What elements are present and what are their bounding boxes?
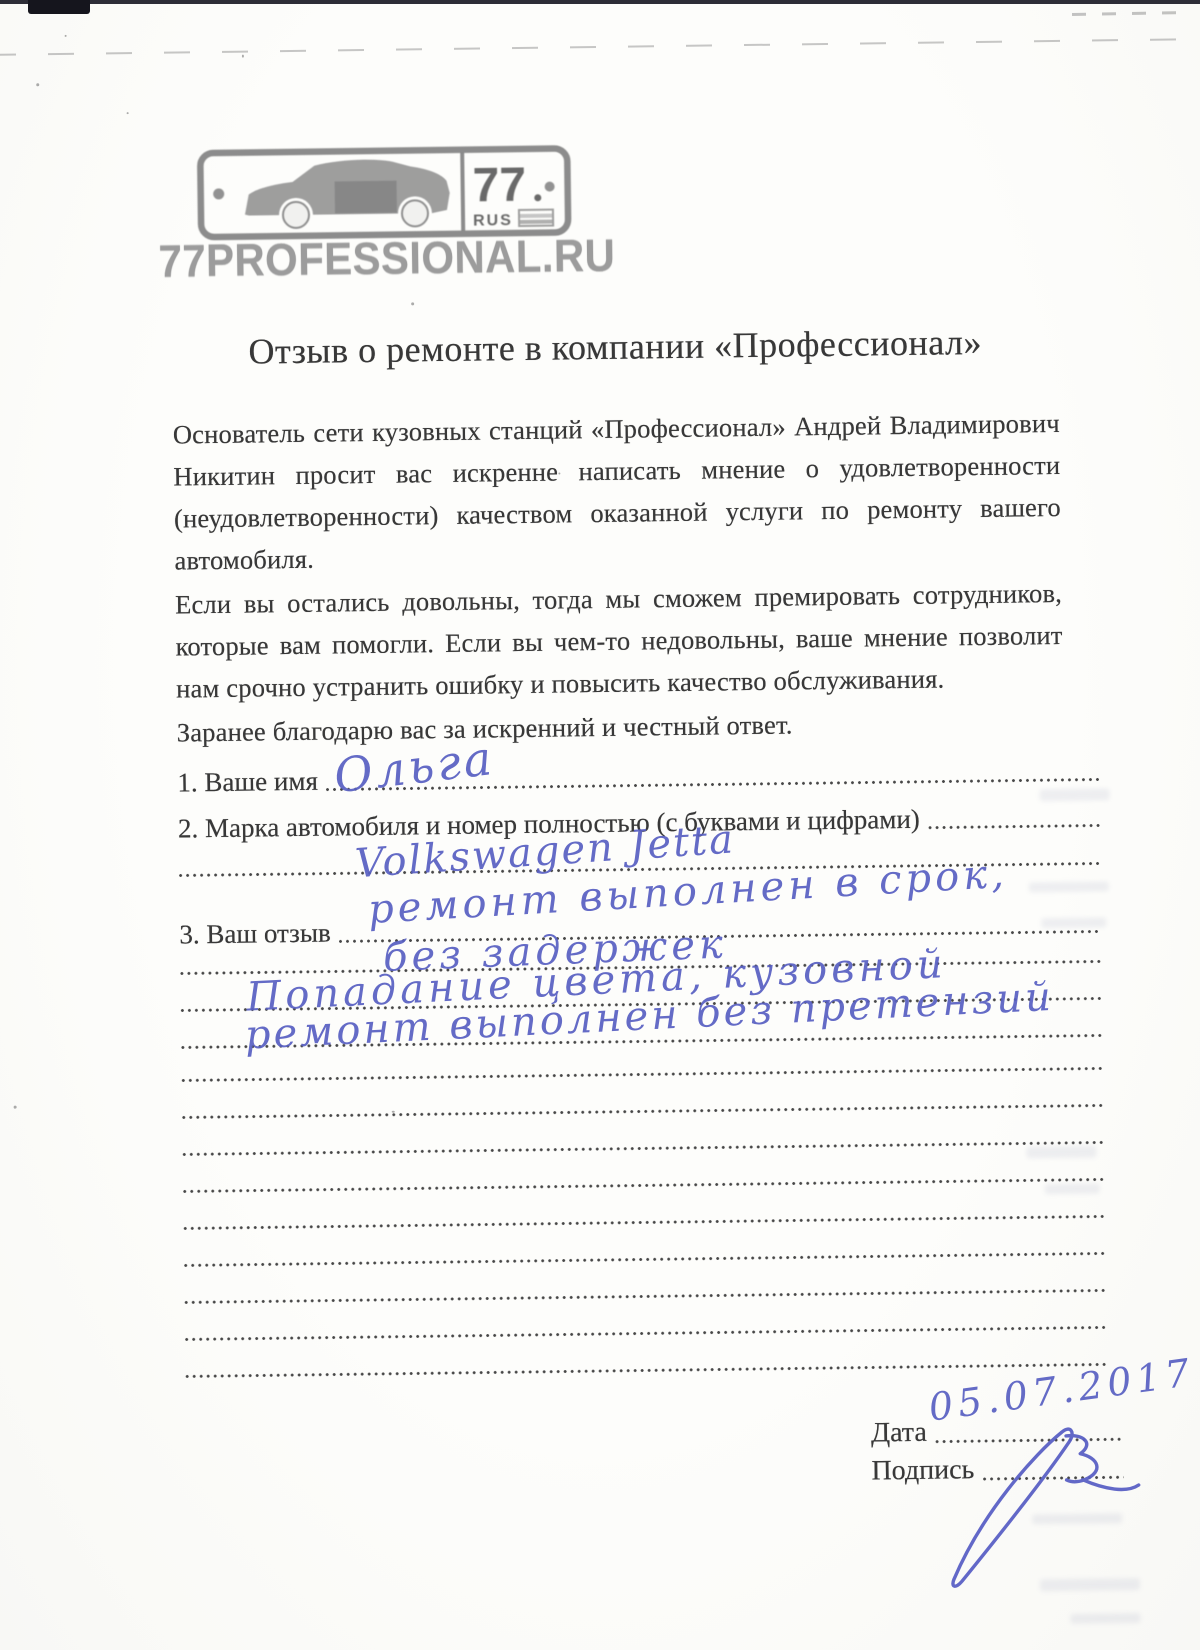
question-review-label: 3. Ваш отзыв bbox=[179, 916, 331, 952]
scanned-page-content: 77 RUS 77PROFESSIONAL.RU Отзыв о ремонте… bbox=[0, 0, 1200, 1650]
dust-speck bbox=[127, 112, 129, 114]
bleed-through-mark bbox=[1045, 1183, 1100, 1194]
intro-paragraph: Основатель сети кузовных станций «Профес… bbox=[173, 402, 1062, 582]
plate-region-code: RUS bbox=[473, 212, 513, 230]
bleed-through-mark bbox=[1029, 881, 1109, 892]
bleed-through-mark bbox=[1041, 917, 1106, 928]
handwritten-signature bbox=[885, 1391, 1144, 1594]
car-silhouette-icon bbox=[244, 159, 450, 229]
dust-speck bbox=[558, 472, 560, 474]
answer-dotted-line bbox=[182, 1140, 1104, 1156]
question-name-label: 1. Ваше имя bbox=[177, 764, 318, 800]
answer-dotted-line bbox=[928, 823, 1100, 829]
answer-dotted-line bbox=[184, 1288, 1106, 1304]
page-title: Отзыв о ремонте в компании «Профессионал… bbox=[172, 320, 1059, 374]
fold-line bbox=[0, 38, 1190, 56]
bleed-through-mark bbox=[1040, 1578, 1140, 1591]
dust-speck bbox=[65, 35, 67, 37]
plate-number: 77 bbox=[472, 159, 526, 213]
answer-dotted-line bbox=[181, 1066, 1103, 1082]
dust-speck bbox=[392, 1111, 395, 1113]
plate-bolt-left bbox=[213, 188, 224, 199]
incentive-paragraph: Если вы остались довольны, тогда мы смож… bbox=[175, 572, 1064, 710]
dust-speck bbox=[14, 1106, 17, 1109]
plate-number-dot bbox=[534, 194, 541, 201]
bleed-through-mark bbox=[1032, 1513, 1122, 1524]
thanks-paragraph: Заранее благодарю вас за искренний и чес… bbox=[176, 700, 1063, 754]
dust-speck bbox=[36, 83, 39, 86]
plate-divider bbox=[462, 153, 463, 231]
bleed-through-mark bbox=[1040, 788, 1110, 801]
license-plate-logo: 77 RUS bbox=[196, 144, 572, 241]
answer-dotted-line bbox=[183, 1214, 1105, 1230]
question-name-row: 1. Ваше имя bbox=[177, 753, 1099, 799]
dust-speck bbox=[242, 55, 244, 58]
dust-speck bbox=[411, 302, 414, 305]
answer-dotted-line bbox=[182, 1103, 1104, 1119]
plate-bolt-right bbox=[545, 182, 555, 192]
logo-site-url: 77PROFESSIONAL.RU bbox=[158, 234, 549, 284]
answer-dotted-line bbox=[183, 1177, 1105, 1193]
answer-dotted-line bbox=[184, 1251, 1106, 1267]
bleed-through-mark bbox=[1026, 1146, 1096, 1159]
answer-dotted-line bbox=[185, 1325, 1107, 1341]
bleed-through-mark bbox=[1070, 1613, 1140, 1624]
document-sheet: 77 RUS 77PROFESSIONAL.RU Отзыв о ремонте… bbox=[0, 0, 1200, 1650]
answer-dotted-line bbox=[185, 1362, 1107, 1378]
